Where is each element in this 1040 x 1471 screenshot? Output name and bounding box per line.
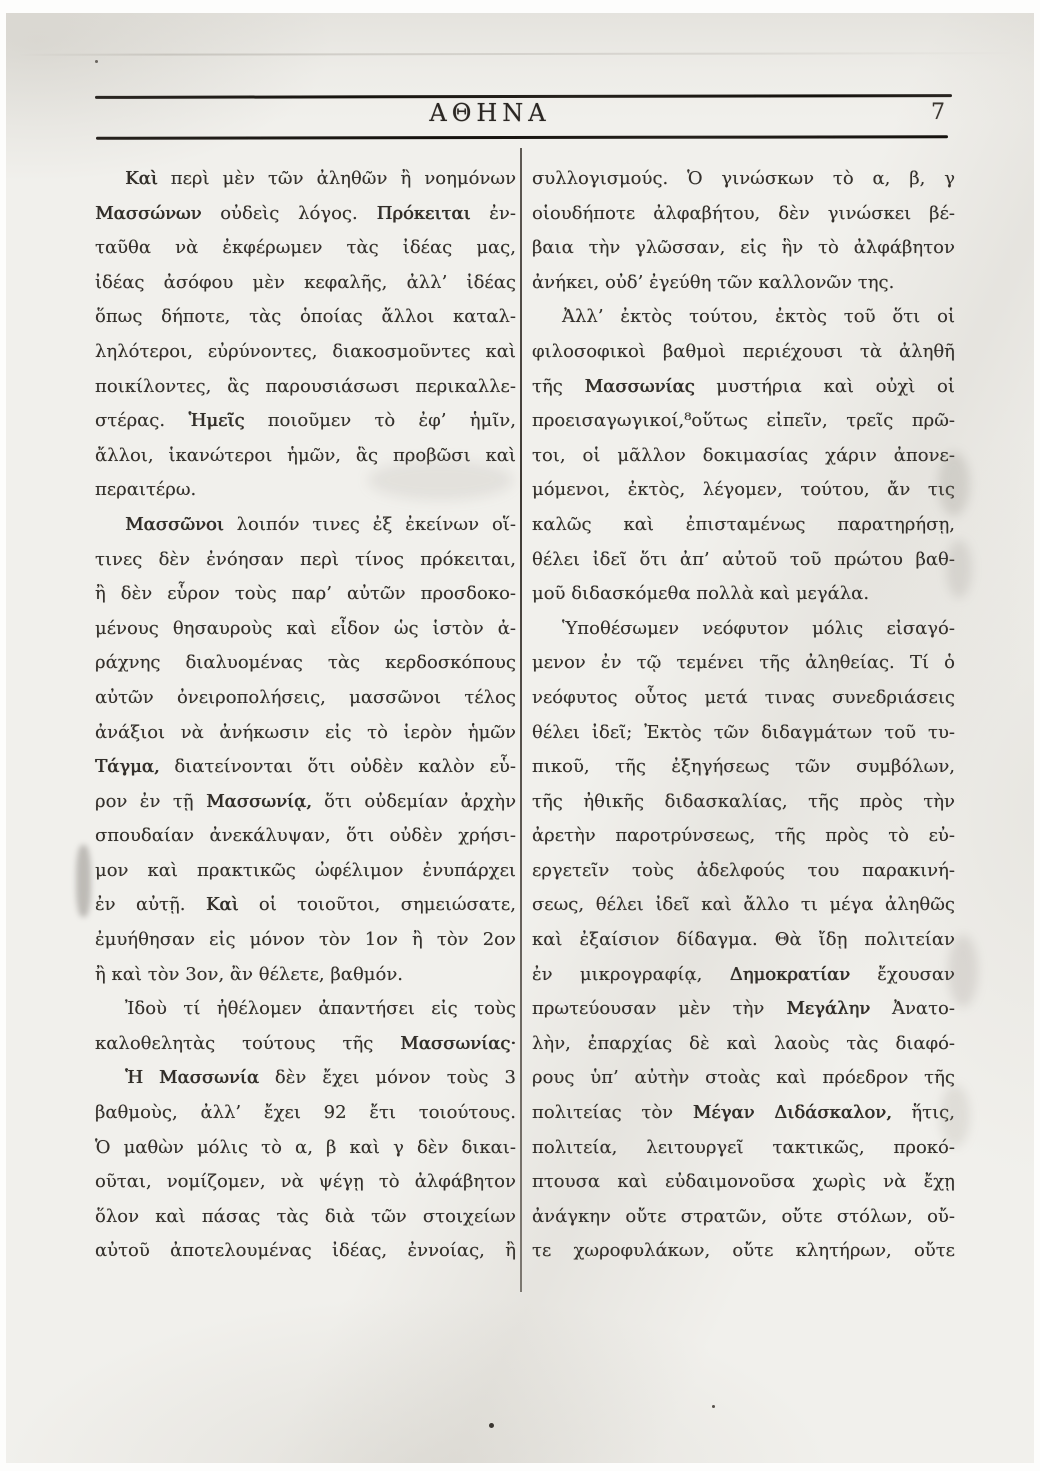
text-line: ἀνάγκην οὔτε στρατῶν, οὔτε στόλων, οὔ- [532, 1200, 955, 1235]
text-line: μενον ἐν τῷ τεμένει τῆς ἀληθείας. Τί ὁ [532, 646, 955, 681]
ink-speck [489, 1423, 494, 1428]
text-line: νεόφυτος οὗτος μετά τινας συνεδριάσεις [532, 681, 955, 716]
text-line: Ὁ μαθὼν μόλις τὸ α, β καὶ γ δὲν δικαι- [95, 1131, 516, 1166]
column-divider [520, 148, 522, 1292]
text-line: ἀνήκει, οὐδ’ ἐγεύθη τῶν καλλονῶν της. [532, 266, 955, 301]
text-line: οἱουδήποτε ἀλφαβήτου, δὲν γινώσκει βέ- [532, 197, 955, 232]
column-right: συλλογισμούς. Ὁ γινώσκων τὸ α, β, γοἱουδ… [532, 162, 955, 1269]
text-line: μένους θησαυροὺς καὶ εἶδον ὡς ἱστὸν ἀ- [95, 612, 516, 647]
text-line: ταῦθα νὰ ἐκφέρωμεν τὰς ἰδέας μας, [95, 231, 516, 266]
text-line: περαιτέρω. [95, 473, 516, 508]
text-line: τοι, οἱ μᾶλλον δοκιμασίας χάριν ἀπονε- [532, 439, 955, 474]
text-line: τε χωροφυλάκων, οὔτε κλητήρων, οὔτε [532, 1234, 955, 1269]
text-line: μον καὶ πρακτικῶς ὠφέλιμον ἐνυπάρχει [95, 854, 516, 889]
text-line: μόμενοι, ἐκτὸς, λέγομεν, τούτου, ἄν τις [532, 473, 955, 508]
text-line: ποικίλοντες, ἃς παρουσιάσωσι περικαλλε- [95, 370, 516, 405]
text-line: Καὶ περὶ μὲν τῶν ἀληθῶν ἢ νοημόνων [95, 162, 516, 197]
text-line: ρους ὑπ’ αὐτὴν στοὰς καὶ πρόεδρον τῆς [532, 1061, 955, 1096]
text-line: εργετεῖν τοὺς ἀδελφούς του παρακινή- [532, 854, 955, 889]
text-line: βαθμοὺς, ἀλλ’ ἔχει 92 ἔτι τοιούτους. [95, 1096, 516, 1131]
text-line: φιλοσοφικοὶ βαθμοὶ περιέχουσι τὰ ἀληθῆ [532, 335, 955, 370]
text-line: μοῦ διδασκόμεθα πολλὰ καὶ μεγάλα. [532, 577, 955, 612]
text-line: ἀρετὴν παροτρύνσεως, τῆς πρὸς τὸ εὐ- [532, 819, 955, 854]
text-line: ἰδέας ἀσόφου μὲν κεφαλῆς, ἀλλ’ ἰδέας [95, 266, 516, 301]
text-line: στέρας. Ἡμεῖς ποιοῦμεν τὸ ἐφ’ ἡμῖν, [95, 404, 516, 439]
text-line: λὴν, ἐπαρχίας δὲ καὶ λαοὺς τὰς διαφό- [532, 1027, 955, 1062]
text-line: τῆς ἠθικῆς διδασκαλίας, τῆς πρὸς τὴν [532, 785, 955, 820]
text-line: ράχνης διαλυομένας τὰς κερδοσκόπους [95, 646, 516, 681]
text-line: Ἀλλ’ ἐκτὸς τούτου, ἐκτὸς τοῦ ὅτι οἱ [532, 300, 955, 335]
text-line: αὐτῶν ὀνειροπολήσεις, μασσῶνοι τέλος [95, 681, 516, 716]
text-line: σπουδαίαν ἀνεκάλυψαν, ὅτι οὐδὲν χρήσι- [95, 819, 516, 854]
text-line: ἀνάξιοι νὰ ἀνήκωσιν εἰς τὸ ἱερὸν ἡμῶν [95, 716, 516, 751]
text-line: πολιτείας τὸν Μέγαν Διδάσκαλον, ἥτις, [532, 1096, 955, 1131]
text-line: Ἡ Μασσωνία δὲν ἔχει μόνον τοὺς 3 [95, 1061, 516, 1096]
scanned-newspaper-page: { "header": { "title": "ΑΘΗΝΑ", "page_nu… [0, 0, 1040, 1471]
text-line: ἐμυήθησαν εἰς μόνον τὸν 1ον ἢ τὸν 2ον [95, 923, 516, 958]
text-line: ὅπως δήποτε, τὰς ὁποίας ἄλλοι καταλ- [95, 300, 516, 335]
text-line: Μασσῶνοι λοιπόν τινες ἐξ ἐκείνων οἵ- [95, 508, 516, 543]
text-line: αὐτοῦ ἀποτελουμένας ἰδέας, ἐννοίας, ἢ [95, 1234, 516, 1269]
text-line: ἢ δὲν εὗρον τοὺς παρ’ αὐτῶν προσδοκο- [95, 577, 516, 612]
text-line: τῆς Μασσωνίας μυστήρια καὶ οὐχὶ οἱ [532, 370, 955, 405]
text-line: Τάγμα, διατείνονται ὅτι οὐδὲν καλὸν εὗ- [95, 750, 516, 785]
text-line: τινες δὲν ἐνόησαν περὶ τίνος πρόκειται, [95, 543, 516, 578]
text-line: ρον ἐν τῇ Μασσωνίᾳ, ὅτι οὐδεμίαν ἀρχὴν [95, 785, 516, 820]
newspaper-title: ΑΘΗΝΑ [95, 99, 885, 127]
text-line: ἐν αὐτῇ. Καὶ οἱ τοιοῦτοι, σημειώσατε, [95, 888, 516, 923]
text-line: καλοθελητὰς τούτους τῆς Μασσωνίας· [95, 1027, 516, 1062]
text-line: βαια τὴν γλῶσσαν, εἰς ἣν τὸ ἀλφάβητον [532, 231, 955, 266]
text-line: συλλογισμούς. Ὁ γινώσκων τὸ α, β, γ [532, 162, 955, 197]
text-line: Ἰδοὺ τί ἠθέλομεν ἀπαντήσει εἰς τοὺς [95, 992, 516, 1027]
text-line: ἢ καὶ τὸν 3ον, ἂν θέλετε, βαθμόν. [95, 958, 516, 993]
text-line: ἄλλοι, ἱκανώτεροι ἡμῶν, ἃς προβῶσι καὶ [95, 439, 516, 474]
text-line: οῦται, νομίζομεν, νὰ ψέγῃ τὸ ἀλφάβητον [95, 1165, 516, 1200]
text-line: θέλει ἰδεῖ; Ἐκτὸς τῶν διδαγμάτων τοῦ τυ- [532, 716, 955, 751]
text-line: καὶ ἐξαίσιον δίδαγμα. Θὰ ἴδῃ πολιτείαν [532, 923, 955, 958]
ink-speck [95, 60, 98, 63]
text-line: Μασσώνων οὐδεὶς λόγος. Πρόκειται ἐν- [95, 197, 516, 232]
text-line: θέλει ἰδεῖ ὅτι ἀπ’ αὐτοῦ τοῦ πρώτου βαθ- [532, 543, 955, 578]
text-line: πικοῦ, τῆς ἐξηγήσεως τῶν συμβόλων, [532, 750, 955, 785]
text-line: ἐν μικρογραφίᾳ, Δημοκρατίαν ἔχουσαν [532, 958, 955, 993]
text-line: προεισαγωγικοί,⁸οὕτως εἰπεῖν, τρεῖς πρῶ- [532, 404, 955, 439]
paper-crease [18, 52, 1018, 56]
text-line: πρωτεύουσαν μὲν τὴν Μεγάλην Ἀνατο- [532, 992, 955, 1027]
text-line: Ὑποθέσωμεν νεόφυτον μόλις εἰσαγό- [532, 612, 955, 647]
text-line: πτουσα καὶ εὐδαιμονοῦσα χωρὶς νὰ ἔχῃ [532, 1165, 955, 1200]
ink-speck [712, 1405, 715, 1408]
text-line: ληλότεροι, εὐρύνοντες, διακοσμοῦντες καὶ [95, 335, 516, 370]
ink-speck [868, 240, 871, 243]
text-line: σεως, θέλει ἰδεῖ καὶ ἄλλο τι μέγα ἀληθῶς [532, 888, 955, 923]
text-line: πολιτεία, λειτουργεῖ τακτικῶς, προκό- [532, 1131, 955, 1166]
text-line: ὅλον καὶ πάσας τὰς διὰ τῶν στοιχείων [95, 1200, 516, 1235]
page-number: 7 [918, 100, 958, 125]
column-left: Καὶ περὶ μὲν τῶν ἀληθῶν ἢ νοημόνωνΜασσών… [95, 162, 516, 1269]
text-line: καλῶς καὶ ἐπισταμένως παρατηρήσῃ, [532, 508, 955, 543]
